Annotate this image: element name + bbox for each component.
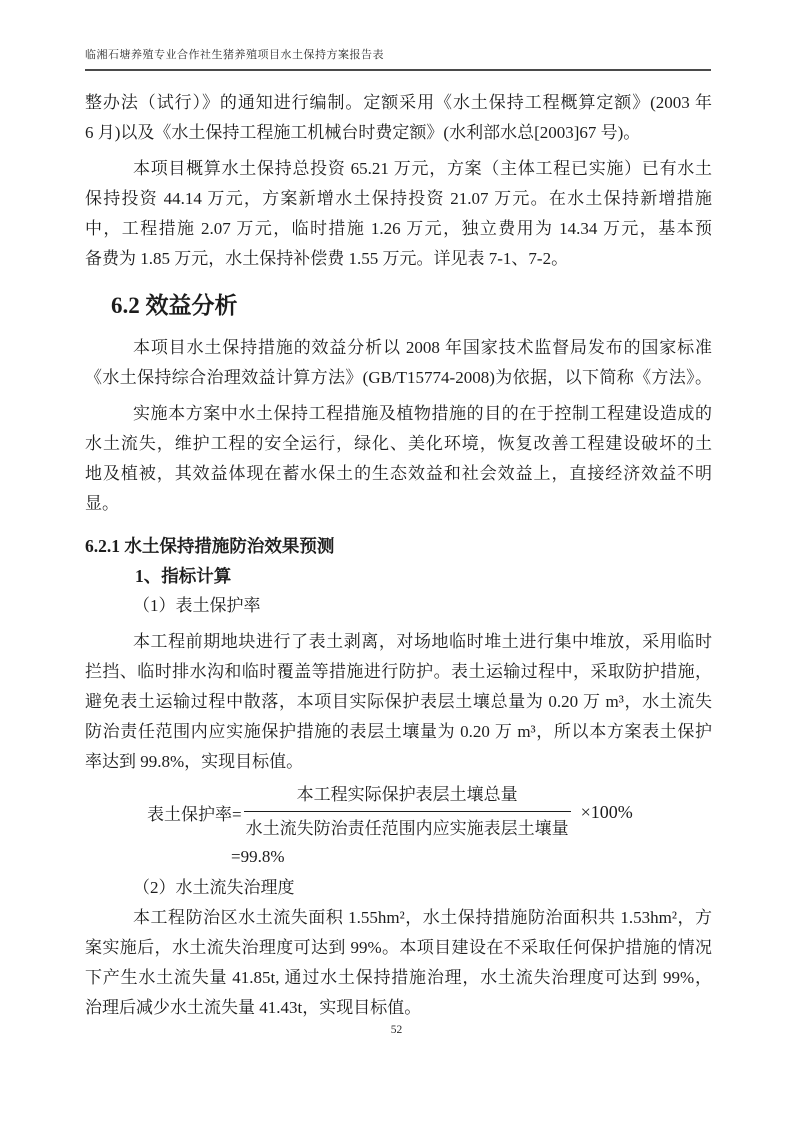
page-footer: 52 bbox=[0, 1024, 793, 1036]
paragraph-line: 显。 bbox=[85, 489, 712, 519]
formula-topsoil-protection-rate: 表土保护率= 本工程实际保护表层土壤总量 水土流失防治责任范围内应实施表层土壤量… bbox=[147, 783, 712, 841]
paragraph-line: 6 月)以及《水土保持工程施工机械台时费定额》(水利部水总[2003]67 号)… bbox=[85, 118, 712, 148]
paragraph-line: 治理后减少水土流失量 41.43t，实现目标值。 bbox=[85, 993, 712, 1023]
paragraph-line: 避免表土运输过程中散落，本项目实际保护表层土壤总量为 0.20 万 m³，水土流… bbox=[85, 687, 712, 717]
paragraph-line: 备费为 1.85 万元，水土保持补偿费 1.55 万元。详见表 7-1、7-2。 bbox=[85, 244, 712, 274]
page-header: 临湘石塘养殖专业合作社生猪养殖项目水土保持方案报告表 bbox=[85, 46, 711, 71]
formula-fraction: 本工程实际保护表层土壤总量 水土流失防治责任范围内应实施表层土壤量 bbox=[244, 783, 571, 841]
paragraph-line: 整办法（试行）》的通知进行编制。定额采用《水土保持工程概算定额》(2003 年 bbox=[85, 88, 712, 118]
paragraph-line: 地及植被，其效益体现在蓄水保土的生态效益和社会效益上，直接经济效益不明 bbox=[85, 459, 712, 489]
paragraph-line: 本项目概算水土保持总投资 65.21 万元，方案（主体工程已实施）已有水土 bbox=[85, 154, 712, 184]
item-heading-indicator-calculation: 1、指标计算 bbox=[85, 561, 712, 591]
paragraph-line: 保持投资 44.14 万元，方案新增水土保持投资 21.07 万元。在水土保持新… bbox=[85, 184, 712, 214]
formula-denominator: 水土流失防治责任范围内应实施表层土壤量 bbox=[244, 811, 571, 841]
paragraph-line: 拦挡、临时排水沟和临时覆盖等措施进行防护。表土运输过程中，采取防护措施， bbox=[85, 657, 712, 687]
formula-lhs: 表土保护率= bbox=[147, 800, 242, 825]
paragraph-investment: 本项目概算水土保持总投资 65.21 万元，方案（主体工程已实施）已有水土 保持… bbox=[85, 154, 712, 274]
paragraph-erosion-control: 本工程防治区水土流失面积 1.55hm²，水土保持措施防治面积共 1.53hm²… bbox=[85, 903, 712, 1023]
subsection-heading-6-2-1: 6.2.1 水土保持措施防治效果预测 bbox=[85, 531, 712, 561]
paragraph-line: 下产生水土流失量 41.85t, 通过水土保持措施治理，水土流失治理度可达到 9… bbox=[85, 963, 712, 993]
paragraph-line: 案实施后，水土流失治理度可达到 99%。本项目建设在不采取任何保护措施的情况 bbox=[85, 933, 712, 963]
header-title: 临湘石塘养殖专业合作社生猪养殖项目水土保持方案报告表 bbox=[85, 49, 384, 61]
page-number: 52 bbox=[391, 1024, 403, 1036]
paragraph-topsoil-protection: 本工程前期地块进行了表土剥离，对场地临时堆土进行集中堆放，采用临时 拦挡、临时排… bbox=[85, 627, 712, 777]
paragraph-continuation: 整办法（试行）》的通知进行编制。定额采用《水土保持工程概算定额》(2003 年 … bbox=[85, 88, 712, 148]
paragraph-line: 本工程防治区水土流失面积 1.55hm²，水土保持措施防治面积共 1.53hm²… bbox=[85, 903, 712, 933]
formula-numerator: 本工程实际保护表层土壤总量 bbox=[244, 783, 571, 811]
page-content: 整办法（试行）》的通知进行编制。定额采用《水土保持工程概算定额》(2003 年 … bbox=[85, 88, 712, 1023]
paragraph-implementation-purpose: 实施本方案中水土保持工程措施及植物措施的目的在于控制工程建设造成的 水土流失，维… bbox=[85, 399, 712, 519]
document-page: 临湘石塘养殖专业合作社生猪养殖项目水土保持方案报告表 整办法（试行）》的通知进行… bbox=[0, 0, 793, 1122]
paragraph-line: 中，工程措施 2.07 万元，临时措施 1.26 万元，独立费用为 14.34 … bbox=[85, 214, 712, 244]
paragraph-line: 水土流失，维护工程的安全运行，绿化、美化环境，恢复改善工程建设破坏的土 bbox=[85, 429, 712, 459]
sub-item-topsoil-protection-rate: （1）表土保护率 bbox=[85, 591, 712, 621]
paragraph-line: 本项目水土保持措施的效益分析以 2008 年国家技术监督局发布的国家标准 bbox=[85, 333, 712, 363]
paragraph-line: 实施本方案中水土保持工程措施及植物措施的目的在于控制工程建设造成的 bbox=[85, 399, 712, 429]
paragraph-line: 《水土保持综合治理效益计算方法》(GB/T15774-2008)为依据，以下简称… bbox=[85, 363, 712, 393]
formula-multiplier: ×100% bbox=[581, 802, 633, 823]
sub-item-erosion-control-degree: （2）水土流失治理度 bbox=[85, 873, 712, 903]
paragraph-line: 防治责任范围内应实施保护措施的表层土壤量为 0.20 万 m³，所以本方案表土保… bbox=[85, 717, 712, 747]
formula-result: =99.8% bbox=[231, 841, 712, 873]
paragraph-benefit-basis: 本项目水土保持措施的效益分析以 2008 年国家技术监督局发布的国家标准 《水土… bbox=[85, 333, 712, 393]
section-heading-6-2: 6.2 效益分析 bbox=[111, 289, 712, 323]
paragraph-line: 率达到 99.8%，实现目标值。 bbox=[85, 747, 712, 777]
paragraph-line: 本工程前期地块进行了表土剥离，对场地临时堆土进行集中堆放，采用临时 bbox=[85, 627, 712, 657]
